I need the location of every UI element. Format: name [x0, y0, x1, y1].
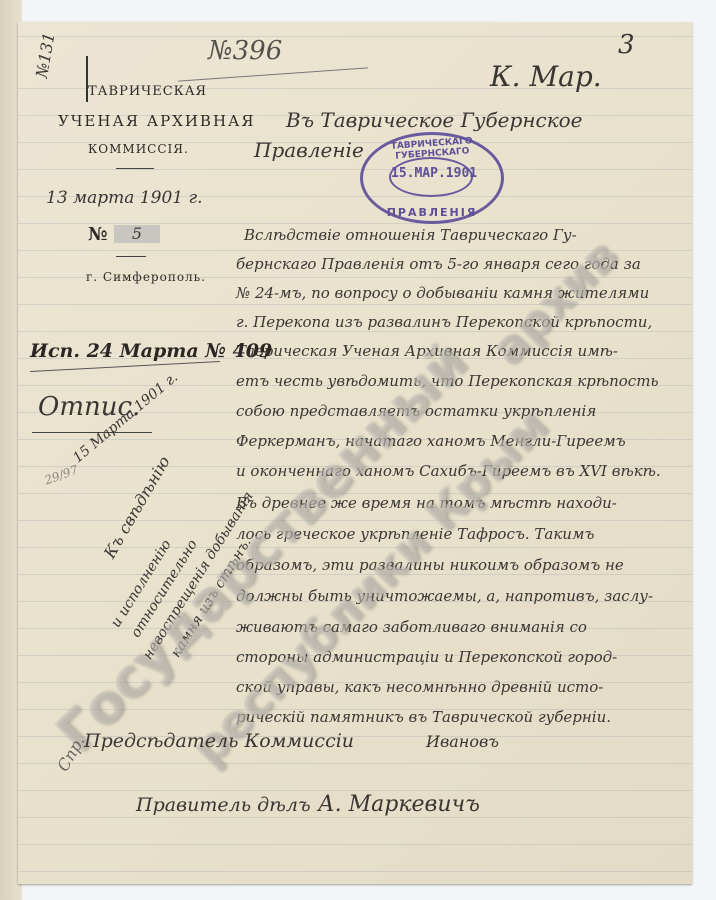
city: г. Симферополь. [86, 270, 206, 284]
sent-underline [32, 432, 152, 433]
chairman-label: Предсѣдатель Коммиссіи [84, 730, 354, 752]
body-line: должны быть уничтожаемы, а, напротивъ, з… [236, 587, 653, 605]
letterhead-line2: УЧЕНАЯ АРХИВНАЯ [58, 112, 256, 130]
number-divider [116, 256, 146, 257]
stamp-bottom-text: ПРАВЛЕНІЯ [363, 206, 501, 219]
body-line: Феркерманъ, начатаго ханомъ Менгли-Гирее… [236, 432, 626, 450]
number-label: № [88, 224, 109, 245]
addressee-line2: Правленіе [254, 138, 364, 162]
letter-date: 13 марта 1901 г. [46, 188, 202, 208]
document-page: №131 №396 3 К. Мар. ТАВРИЧЕСКАЯ УЧЕНАЯ А… [18, 22, 692, 884]
addressee-line1: Въ Таврическое Губернское [286, 108, 583, 132]
body-line: рическій памятникъ въ Таврической губерн… [236, 708, 611, 726]
government-stamp: ТАВРИЧЕСКАГО ГУБЕРНСКАГО 15.МАР.1901 ПРА… [360, 132, 504, 224]
body-line: Вслѣдствіе отношенія Таврическаго Гу- [244, 226, 577, 244]
ref-underline [178, 67, 368, 81]
stamp-inner-oval: 15.МАР.1901 [389, 157, 473, 197]
body-line: г. Перекопа изъ развалинъ Перекопской кр… [236, 313, 652, 331]
secretary-label: Правитель дѣлъ [136, 794, 311, 816]
letterhead-line1: ТАВРИЧЕСКАЯ [88, 84, 207, 99]
letterhead-line3: КОММИССІЯ. [88, 142, 189, 156]
margin-mark: №131 [32, 31, 59, 79]
letterhead-divider [116, 168, 154, 169]
chairman-signature: Ивановъ [426, 732, 499, 751]
stamp-date: 15.МАР.1901 [391, 166, 471, 181]
sheet-number: 3 [618, 30, 635, 60]
fraction-note: 29/97 [43, 463, 80, 488]
archive-ref-number: №396 [208, 36, 282, 66]
number-value: 5 [114, 225, 160, 243]
secretary-signature: А. Маркевичъ [318, 792, 480, 817]
resolution-mark: К. Мар. [490, 60, 602, 93]
execution-note: Исп. 24 Марта № 409 [30, 340, 272, 362]
execution-underline [30, 361, 220, 372]
